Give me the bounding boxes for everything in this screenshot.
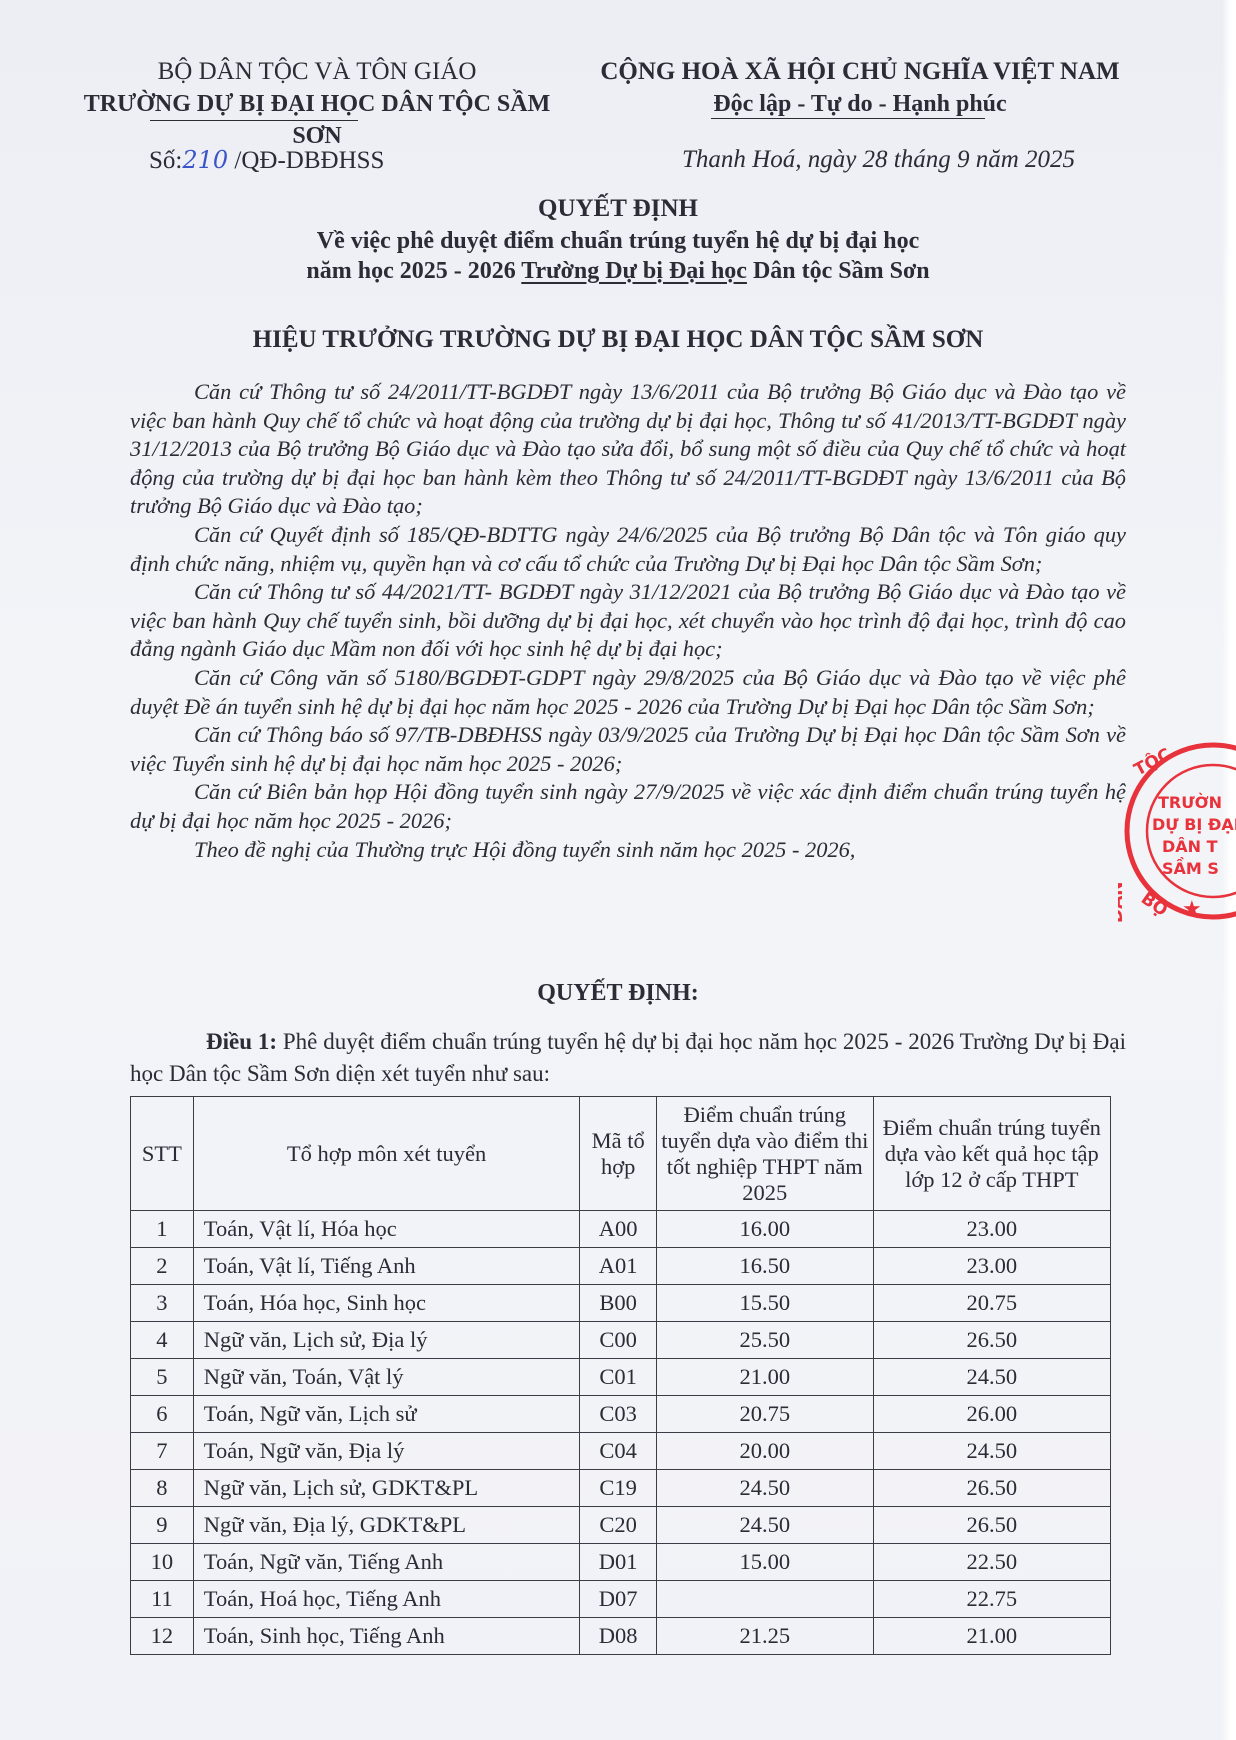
cell-combo: Toán, Hoá học, Tiếng Anh <box>193 1581 580 1618</box>
cell-code: C03 <box>580 1396 657 1433</box>
document-number: Số:210 /QĐ-DBĐHSS <box>149 146 384 175</box>
cell-exam-score: 15.00 <box>657 1544 874 1581</box>
cell-exam-score: 16.50 <box>657 1248 874 1285</box>
cell-code: D01 <box>580 1544 657 1581</box>
cell-exam-score <box>657 1581 874 1618</box>
svg-text:TỘC: TỘC <box>1130 743 1174 781</box>
subject-line-2-pre: năm học 2025 - 2026 <box>306 258 521 284</box>
cell-combo: Toán, Ngữ văn, Lịch sử <box>193 1396 580 1433</box>
table-row: 6Toán, Ngữ văn, Lịch sửC0320.7526.00 <box>131 1396 1111 1433</box>
table-row: 1Toán, Vật lí, Hóa họcA0016.0023.00 <box>131 1211 1111 1248</box>
ministry-name: BỘ DÂN TỘC VÀ TÔN GIÁO <box>62 56 572 88</box>
table-row: 9Ngữ văn, Địa lý, GDKT&PLC2024.5026.50 <box>131 1507 1111 1544</box>
cell-exam-score: 21.00 <box>657 1359 874 1396</box>
cell-stt: 5 <box>131 1359 194 1396</box>
col-header-gpa-score: Điểm chuẩn trúng tuyển dựa vào kết quả h… <box>873 1097 1110 1211</box>
cell-combo: Toán, Vật lí, Tiếng Anh <box>193 1248 580 1285</box>
cell-code: C04 <box>580 1433 657 1470</box>
cell-stt: 3 <box>131 1285 194 1322</box>
doc-number-prefix: Số: <box>149 147 182 174</box>
cell-code: C00 <box>580 1322 657 1359</box>
table-row: 2Toán, Vật lí, Tiếng AnhA0116.5023.00 <box>131 1248 1111 1285</box>
cell-gpa-score: 20.75 <box>873 1285 1110 1322</box>
cell-exam-score: 24.50 <box>657 1507 874 1544</box>
cell-combo: Toán, Vật lí, Hóa học <box>193 1211 580 1248</box>
col-header-stt: STT <box>131 1097 194 1211</box>
svg-text:DÂN T: DÂN T <box>1162 837 1218 856</box>
cell-gpa-score: 22.75 <box>873 1581 1110 1618</box>
cell-exam-score: 21.25 <box>657 1618 874 1655</box>
issuer-block: BỘ DÂN TỘC VÀ TÔN GIÁO TRƯỜNG DỰ BỊ ĐẠI … <box>62 56 572 152</box>
table-row: 12Toán, Sinh học, Tiếng AnhD0821.2521.00 <box>131 1618 1111 1655</box>
cell-stt: 9 <box>131 1507 194 1544</box>
cell-code: B00 <box>580 1285 657 1322</box>
cell-stt: 2 <box>131 1248 194 1285</box>
cell-combo: Toán, Ngữ văn, Tiếng Anh <box>193 1544 580 1581</box>
cell-combo: Toán, Ngữ văn, Địa lý <box>193 1433 580 1470</box>
svg-text:BỘ: BỘ <box>1137 887 1172 921</box>
preamble-item: Căn cứ Biên bản họp Hội đồng tuyển sinh … <box>130 778 1126 835</box>
cell-stt: 4 <box>131 1322 194 1359</box>
cell-stt: 12 <box>131 1618 194 1655</box>
cell-code: A00 <box>580 1211 657 1248</box>
cell-combo: Ngữ văn, Toán, Vật lý <box>193 1359 580 1396</box>
cell-gpa-score: 24.50 <box>873 1433 1110 1470</box>
cell-exam-score: 16.00 <box>657 1211 874 1248</box>
article-1: Điều 1: Phê duyệt điểm chuẩn trúng tuyển… <box>130 1026 1126 1090</box>
col-header-code: Mã tổ hợp <box>580 1097 657 1211</box>
cell-gpa-score: 23.00 <box>873 1211 1110 1248</box>
cell-exam-score: 15.50 <box>657 1285 874 1322</box>
subject-line-2-post: Dân tộc Sầm Sơn <box>747 258 930 284</box>
cell-code: A01 <box>580 1248 657 1285</box>
cell-gpa-score: 22.50 <box>873 1544 1110 1581</box>
place-date: Thanh Hoá, ngày 28 tháng 9 năm 2025 <box>682 146 1075 174</box>
admission-scores-table: STT Tổ hợp môn xét tuyển Mã tổ hợp Điểm … <box>130 1096 1111 1655</box>
preamble: Căn cứ Thông tư số 24/2011/TT-BGDĐT ngày… <box>130 378 1126 864</box>
cell-stt: 6 <box>131 1396 194 1433</box>
cell-code: C01 <box>580 1359 657 1396</box>
table-row: 4Ngữ văn, Lịch sử, Địa lýC0025.5026.50 <box>131 1322 1111 1359</box>
cell-exam-score: 20.75 <box>657 1396 874 1433</box>
table-row: 5Ngữ văn, Toán, Vật lýC0121.0024.50 <box>131 1359 1111 1396</box>
country-name: CỘNG HOÀ XÃ HỘI CHỦ NGHĨA VIỆT NAM <box>580 56 1140 88</box>
motto-underline <box>711 118 985 119</box>
table-header-row: STT Tổ hợp môn xét tuyển Mã tổ hợp Điểm … <box>131 1097 1111 1211</box>
preamble-item: Căn cứ Thông tư số 44/2021/TT- BGDĐT ngà… <box>130 578 1126 664</box>
cell-exam-score: 25.50 <box>657 1322 874 1359</box>
cell-stt: 8 <box>131 1470 194 1507</box>
cell-combo: Toán, Hóa học, Sinh học <box>193 1285 580 1322</box>
cell-gpa-score: 26.50 <box>873 1507 1110 1544</box>
table-row: 7Toán, Ngữ văn, Địa lýC0420.0024.50 <box>131 1433 1111 1470</box>
svg-text:TRƯỜN: TRƯỜN <box>1158 793 1222 812</box>
cell-gpa-score: 24.50 <box>873 1359 1110 1396</box>
cell-stt: 7 <box>131 1433 194 1470</box>
cell-exam-score: 20.00 <box>657 1433 874 1470</box>
article-1-text: Phê duyệt điểm chuẩn trúng tuyển hệ dự b… <box>130 1029 1126 1086</box>
svg-text:DÂN: DÂN <box>1118 882 1127 924</box>
cell-gpa-score: 26.00 <box>873 1396 1110 1433</box>
col-header-combo: Tổ hợp môn xét tuyển <box>193 1097 580 1211</box>
national-heading: CỘNG HOÀ XÃ HỘI CHỦ NGHĨA VIỆT NAM Độc l… <box>580 56 1140 120</box>
subject-line-1: Về việc phê duyệt điểm chuẩn trúng tuyển… <box>0 228 1236 255</box>
cell-gpa-score: 23.00 <box>873 1248 1110 1285</box>
cell-gpa-score: 26.50 <box>873 1470 1110 1507</box>
cell-code: D07 <box>580 1581 657 1618</box>
doc-type-title: QUYẾT ĐỊNH <box>0 195 1236 223</box>
subject-line-2: năm học 2025 - 2026 Trường Dự bị Đại học… <box>0 258 1236 285</box>
preamble-item: Căn cứ Công văn số 5180/BGDĐT-GDPT ngày … <box>130 664 1126 721</box>
cell-combo: Ngữ văn, Lịch sử, GDKT&PL <box>193 1470 580 1507</box>
svg-text:★: ★ <box>1182 897 1202 922</box>
authority-heading: HIỆU TRƯỞNG TRƯỜNG DỰ BỊ ĐẠI HỌC DÂN TỘC… <box>0 326 1236 354</box>
table-body: 1Toán, Vật lí, Hóa họcA0016.0023.002Toán… <box>131 1211 1111 1655</box>
table-row: 10Toán, Ngữ văn, Tiếng AnhD0115.0022.50 <box>131 1544 1111 1581</box>
cell-stt: 11 <box>131 1581 194 1618</box>
cell-gpa-score: 26.50 <box>873 1322 1110 1359</box>
svg-text:DỰ BỊ ĐẠI: DỰ BỊ ĐẠI <box>1152 815 1236 834</box>
issuer-underline <box>150 120 358 121</box>
cell-combo: Ngữ văn, Địa lý, GDKT&PL <box>193 1507 580 1544</box>
cell-exam-score: 24.50 <box>657 1470 874 1507</box>
cell-code: D08 <box>580 1618 657 1655</box>
cell-stt: 1 <box>131 1211 194 1248</box>
cell-code: C20 <box>580 1507 657 1544</box>
preamble-item: Theo đề nghị của Thường trực Hội đồng tu… <box>130 836 1126 865</box>
article-1-label: Điều 1: <box>206 1029 277 1054</box>
decision-heading: QUYẾT ĐỊNH: <box>0 980 1236 1007</box>
doc-number-suffix: /QĐ-DBĐHSS <box>234 147 384 174</box>
official-seal-icon: TỘC DÂN BỘ TRƯỜN DỰ BỊ ĐẠI DÂN T SẦM S ★ <box>1118 736 1236 926</box>
national-motto: Độc lập - Tự do - Hạnh phúc <box>580 88 1140 120</box>
doc-number-handwritten: 210 <box>182 146 228 174</box>
subject-line-2-underlined: Trường Dự bị Đại học <box>521 258 747 284</box>
cell-gpa-score: 21.00 <box>873 1618 1110 1655</box>
cell-combo: Ngữ văn, Lịch sử, Địa lý <box>193 1322 580 1359</box>
preamble-item: Căn cứ Quyết định số 185/QĐ-BDTTG ngày 2… <box>130 521 1126 578</box>
preamble-item: Căn cứ Thông tư số 24/2011/TT-BGDĐT ngày… <box>130 378 1126 521</box>
col-header-exam-score: Điểm chuẩn trúng tuyển dựa vào điểm thi … <box>657 1097 874 1211</box>
table-row: 11Toán, Hoá học, Tiếng AnhD0722.75 <box>131 1581 1111 1618</box>
table-row: 8Ngữ văn, Lịch sử, GDKT&PLC1924.5026.50 <box>131 1470 1111 1507</box>
preamble-item: Căn cứ Thông báo số 97/TB-DBĐHSS ngày 03… <box>130 721 1126 778</box>
cell-code: C19 <box>580 1470 657 1507</box>
table-row: 3Toán, Hóa học, Sinh họcB0015.5020.75 <box>131 1285 1111 1322</box>
svg-text:SẦM S: SẦM S <box>1162 857 1219 878</box>
cell-combo: Toán, Sinh học, Tiếng Anh <box>193 1618 580 1655</box>
cell-stt: 10 <box>131 1544 194 1581</box>
